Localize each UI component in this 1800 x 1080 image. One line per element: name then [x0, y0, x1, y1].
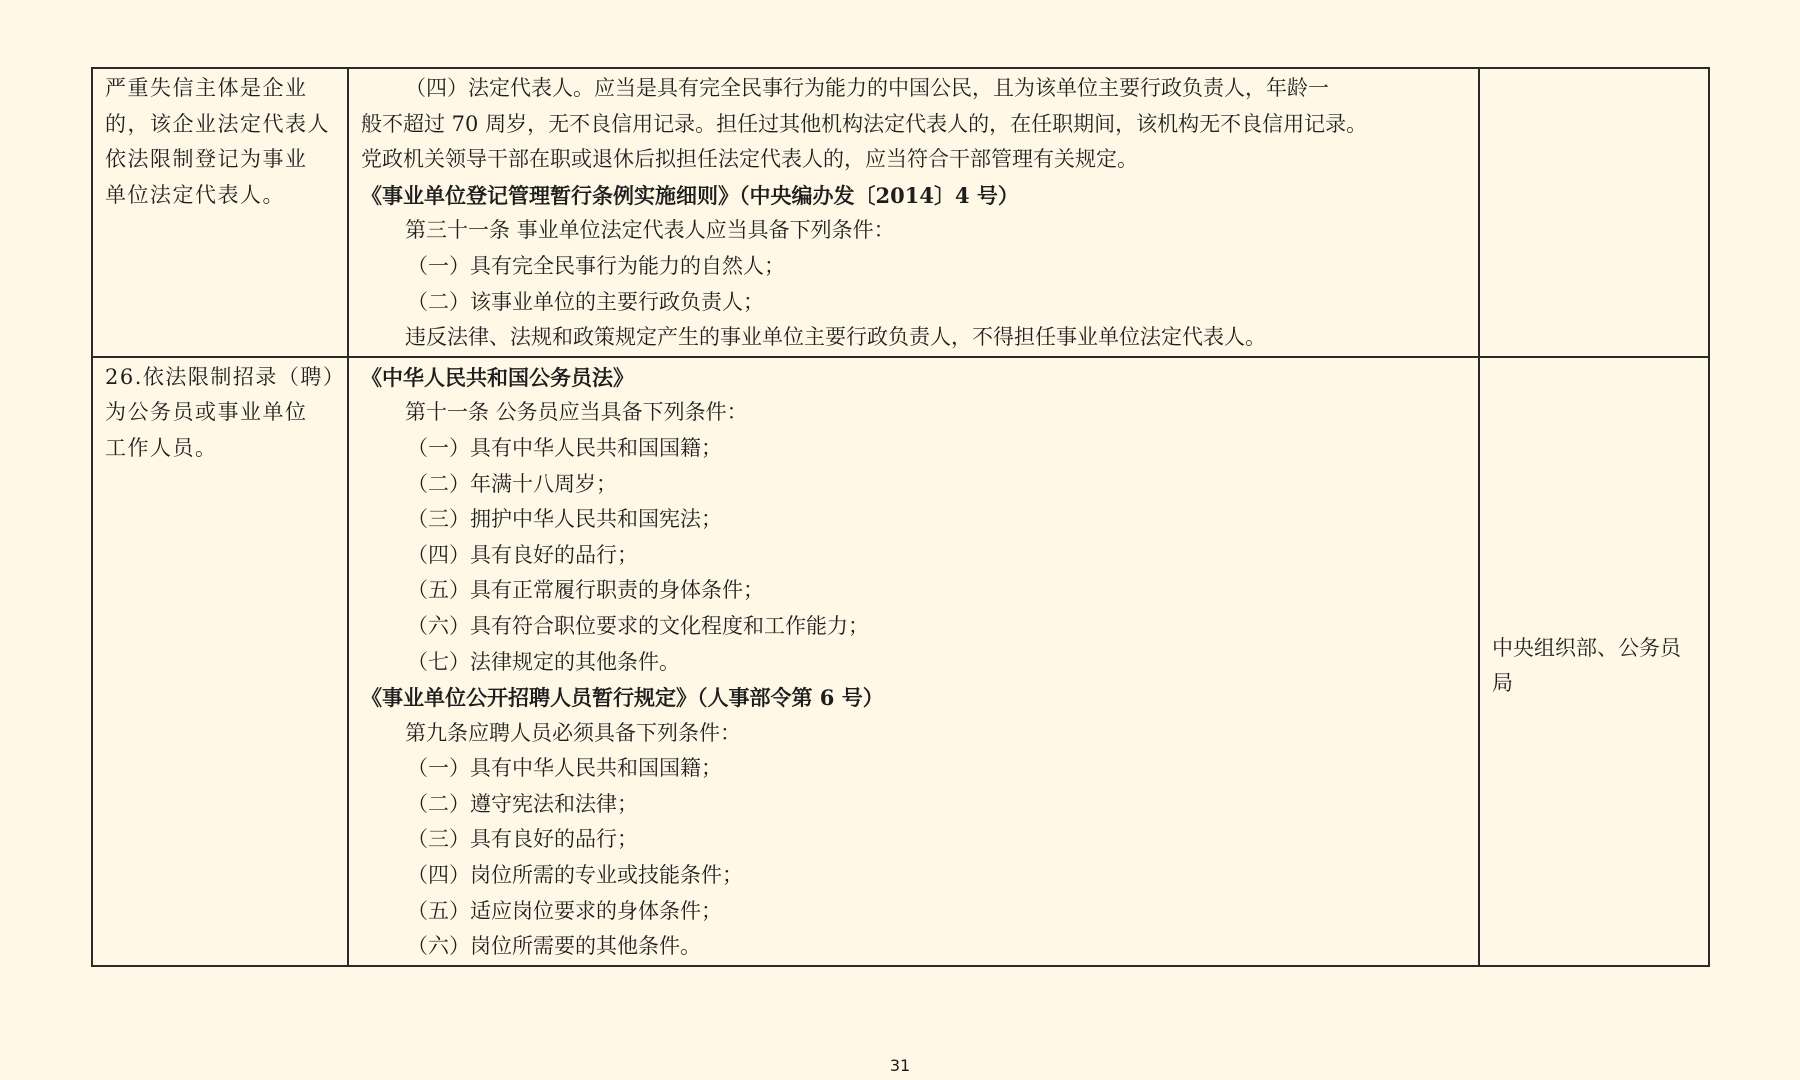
article-clause: （一）具有中华人民共和国国籍；: [361, 431, 1468, 467]
article-clause: （七）法律规定的其他条件。: [361, 645, 1468, 681]
responsible-unit-text: 中央组织部、公务员局: [1492, 623, 1698, 701]
article-clause: （一）具有中华人民共和国国籍；: [361, 751, 1468, 787]
measures-table: 严重失信主体是企业 的，该企业法定代表人 依法限制登记为事业 单位法定代表人。 …: [91, 67, 1710, 967]
measure-text-line: 为公务员或事业单位: [105, 395, 337, 431]
measure-text-line: 的，该企业法定代表人: [105, 107, 337, 143]
legal-text-line: 违反法律、法规和政策规定产生的事业单位主要行政负责人，不得担任事业单位法定代表人…: [361, 320, 1468, 356]
legal-text-line: （四）法定代表人。应当是具有完全民事行为能力的中国公民，且为该单位主要行政负责人…: [361, 71, 1468, 107]
article-clause: （二）年满十八周岁；: [361, 467, 1468, 503]
article-clause: （六）岗位所需要的其他条件。: [361, 929, 1468, 965]
article-clause: （五）具有正常履行职责的身体条件；: [361, 573, 1468, 609]
table-row: 严重失信主体是企业 的，该企业法定代表人 依法限制登记为事业 单位法定代表人。 …: [92, 68, 1709, 357]
article-clause: （二）该事业单位的主要行政负责人；: [361, 285, 1468, 321]
article-clause: （三）具有良好的品行；: [361, 822, 1468, 858]
responsible-unit-text: [1492, 209, 1698, 217]
regulation-title: 《事业单位登记管理暂行条例实施细则》（中央编办发〔2014〕4 号）: [361, 178, 1468, 214]
table-row: 26.依法限制招录（聘） 为公务员或事业单位 工作人员。 《中华人民共和国公务员…: [92, 357, 1709, 966]
article-clause: （五）适应岗位要求的身体条件；: [361, 894, 1468, 930]
article-heading: 第十一条 公务员应当具备下列条件：: [361, 395, 1468, 431]
article-heading: 第九条应聘人员必须具备下列条件：: [361, 716, 1468, 752]
legal-basis-cell: 《中华人民共和国公务员法》 第十一条 公务员应当具备下列条件： （一）具有中华人…: [348, 357, 1479, 966]
document-page: 严重失信主体是企业 的，该企业法定代表人 依法限制登记为事业 单位法定代表人。 …: [0, 0, 1800, 1080]
responsible-unit-cell: 中央组织部、公务员局: [1479, 357, 1709, 966]
regulation-title: 《事业单位公开招聘人员暂行规定》（人事部令第 6 号）: [361, 680, 1468, 716]
measure-text-line: 26.依法限制招录（聘）: [105, 360, 337, 396]
measure-cell: 26.依法限制招录（聘） 为公务员或事业单位 工作人员。: [92, 357, 348, 966]
regulation-title: 《中华人民共和国公务员法》: [361, 360, 1468, 396]
legal-text-line: 般不超过 70 周岁，无不良信用记录。担任过其他机构法定代表人的，在任职期间，该…: [361, 107, 1468, 143]
measure-text-line: 单位法定代表人。: [105, 178, 337, 214]
measure-text-line: 工作人员。: [105, 431, 337, 467]
responsible-unit-cell: [1479, 68, 1709, 357]
article-clause: （四）岗位所需的专业或技能条件；: [361, 858, 1468, 894]
measure-text-line: 依法限制登记为事业: [105, 142, 337, 178]
article-heading: 第三十一条 事业单位法定代表人应当具备下列条件：: [361, 213, 1468, 249]
article-clause: （六）具有符合职位要求的文化程度和工作能力；: [361, 609, 1468, 645]
page-number: 31: [0, 1056, 1800, 1075]
legal-basis-cell: （四）法定代表人。应当是具有完全民事行为能力的中国公民，且为该单位主要行政负责人…: [348, 68, 1479, 357]
measure-cell: 严重失信主体是企业 的，该企业法定代表人 依法限制登记为事业 单位法定代表人。: [92, 68, 348, 357]
article-clause: （三）拥护中华人民共和国宪法；: [361, 502, 1468, 538]
article-clause: （四）具有良好的品行；: [361, 538, 1468, 574]
article-clause: （二）遵守宪法和法律；: [361, 787, 1468, 823]
article-clause: （一）具有完全民事行为能力的自然人；: [361, 249, 1468, 285]
legal-text-line: 党政机关领导干部在职或退休后拟担任法定代表人的，应当符合干部管理有关规定。: [361, 142, 1468, 178]
measure-text-line: 严重失信主体是企业: [105, 71, 337, 107]
